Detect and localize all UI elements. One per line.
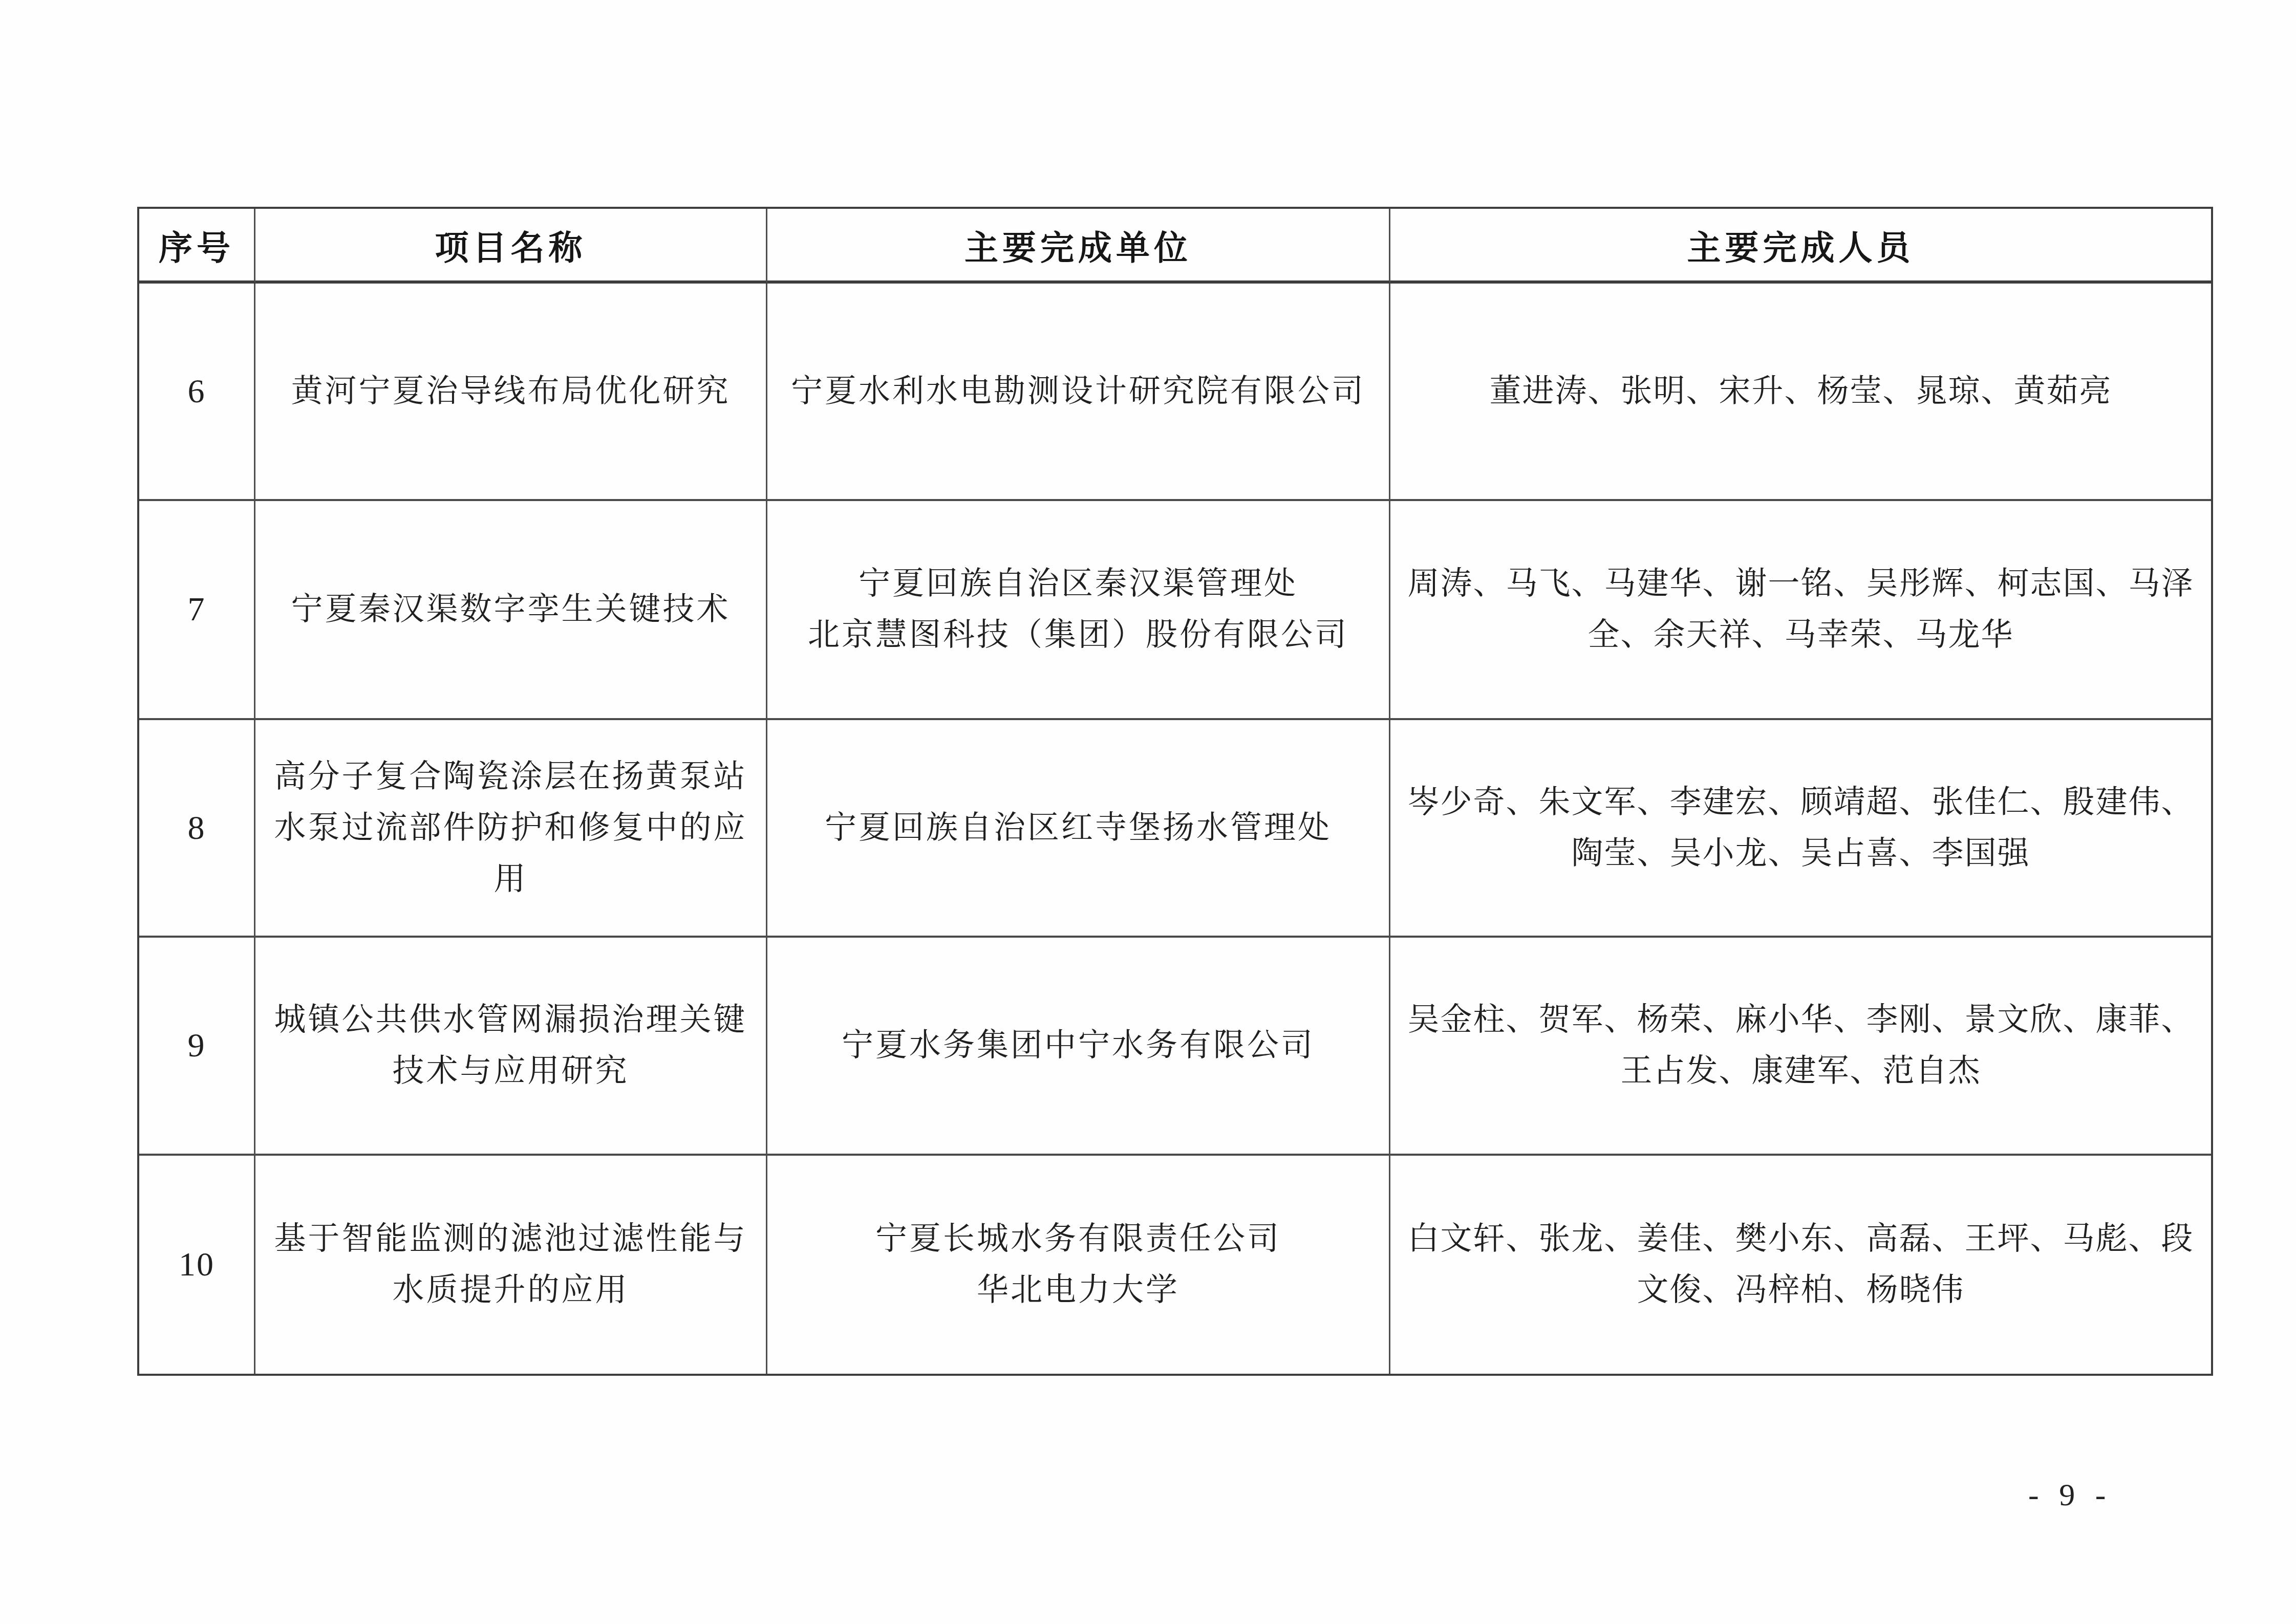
- row-main-personnel: 白文轩、张龙、姜佳、樊小东、高磊、王坪、马彪、段文俊、冯梓柏、杨晓伟: [1390, 1156, 2211, 1374]
- unit-line: 宁夏水利水电勘测设计研究院有限公司: [791, 366, 1365, 417]
- row-serial-number: 9: [139, 938, 255, 1156]
- row-serial-number: 6: [139, 284, 255, 501]
- row-project-name: 宁夏秦汉渠数字孪生关键技术: [255, 501, 767, 720]
- unit-line: 华北电力大学: [977, 1265, 1179, 1316]
- row-project-name: 黄河宁夏治导线布局优化研究: [255, 284, 767, 501]
- row-project-name: 高分子复合陶瓷涂层在扬黄泵站水泵过流部件防护和修复中的应用: [255, 720, 767, 938]
- row-main-personnel: 周涛、马飞、马建华、谢一铭、吴彤辉、柯志国、马泽全、余天祥、马幸荣、马龙华: [1390, 501, 2211, 720]
- awards-table: 序号 项目名称 主要完成单位 主要完成人员 6 黄河宁夏治导线布局优化研究 宁夏…: [137, 207, 2213, 1376]
- unit-line: 北京慧图科技（集团）股份有限公司: [808, 610, 1348, 661]
- unit-line: 宁夏长城水务有限责任公司: [875, 1214, 1281, 1265]
- header-cell-main-personnel: 主要完成人员: [1390, 209, 2211, 284]
- row-main-units: 宁夏水务集团中宁水务有限公司: [767, 938, 1390, 1156]
- row-main-units: 宁夏长城水务有限责任公司 华北电力大学: [767, 1156, 1390, 1374]
- page-number: - 9 -: [2028, 1477, 2112, 1513]
- header-cell-main-units: 主要完成单位: [767, 209, 1390, 284]
- row-project-name: 城镇公共供水管网漏损治理关键技术与应用研究: [255, 938, 767, 1156]
- unit-line: 宁夏回族自治区红寺堡扬水管理处: [825, 803, 1332, 854]
- header-cell-serial-number: 序号: [139, 209, 255, 284]
- row-main-units: 宁夏回族自治区秦汉渠管理处 北京慧图科技（集团）股份有限公司: [767, 501, 1390, 720]
- row-main-personnel: 吴金柱、贺军、杨荣、麻小华、李刚、景文欣、康菲、王占发、康建军、范自杰: [1390, 938, 2211, 1156]
- row-main-personnel: 岑少奇、朱文军、李建宏、顾靖超、张佳仁、殷建伟、陶莹、吴小龙、吴占喜、李国强: [1390, 720, 2211, 938]
- document-page: 序号 项目名称 主要完成单位 主要完成人员 6 黄河宁夏治导线布局优化研究 宁夏…: [0, 0, 2296, 1624]
- header-cell-project-name: 项目名称: [255, 209, 767, 284]
- row-main-units: 宁夏回族自治区红寺堡扬水管理处: [767, 720, 1390, 938]
- row-project-name: 基于智能监测的滤池过滤性能与水质提升的应用: [255, 1156, 767, 1374]
- row-serial-number: 7: [139, 501, 255, 720]
- unit-line: 宁夏水务集团中宁水务有限公司: [842, 1020, 1315, 1071]
- unit-line: 宁夏回族自治区秦汉渠管理处: [859, 558, 1298, 610]
- row-serial-number: 8: [139, 720, 255, 938]
- row-main-units: 宁夏水利水电勘测设计研究院有限公司: [767, 284, 1390, 501]
- row-serial-number: 10: [139, 1156, 255, 1374]
- row-main-personnel: 董进涛、张明、宋升、杨莹、晁琼、黄茹亮: [1390, 284, 2211, 501]
